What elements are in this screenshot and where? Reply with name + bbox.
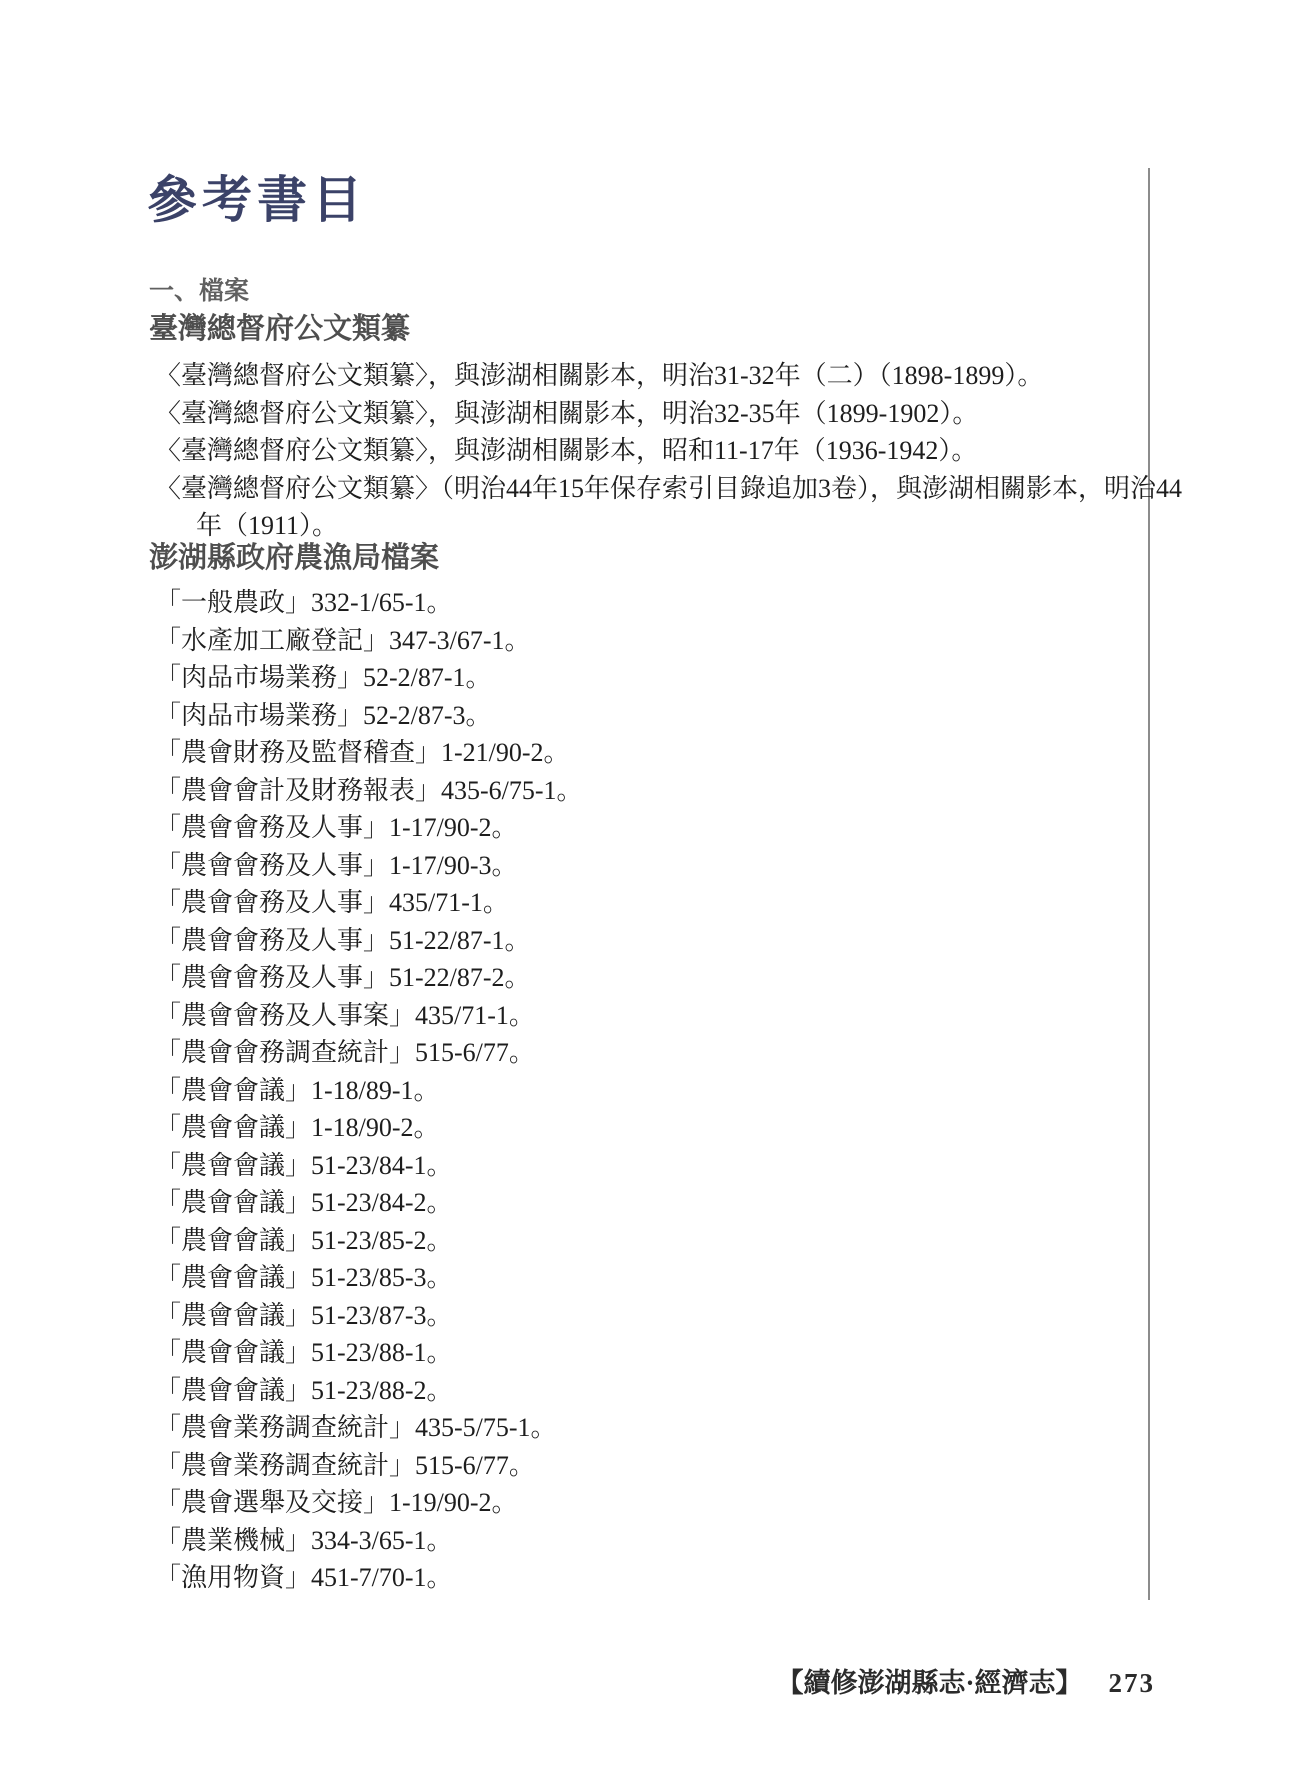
bibliography-entry: 「農會會議」1-18/90-2。 bbox=[155, 1109, 1150, 1147]
page-number: 273 bbox=[1109, 1668, 1156, 1698]
entry-line: 「農會會務及人事」51-22/87-2。 bbox=[155, 959, 1150, 997]
section-heading-archives: 一、檔案 bbox=[149, 276, 249, 306]
bibliography-entry: 「農會會務調查統計」515-6/77。 bbox=[155, 1034, 1150, 1072]
bibliography-entry: 「農會會議」51-23/84-2。 bbox=[155, 1184, 1150, 1222]
bibliography-entry: 「肉品市場業務」52-2/87-1。 bbox=[155, 659, 1150, 697]
bibliography-entry: 「農會會計及財務報表」435-6/75-1。 bbox=[155, 772, 1150, 810]
bibliography-entry: 「農業機械」334-3/65-1。 bbox=[155, 1522, 1150, 1560]
bibliography-entry: 〈臺灣總督府公文類纂〉，與澎湖相關影本，明治32-35年（1899-1902）。 bbox=[155, 395, 1150, 433]
entry-line: 「農會會議」51-23/84-1。 bbox=[155, 1147, 1150, 1185]
bibliography-entry: 「肉品市場業務」52-2/87-3。 bbox=[155, 697, 1150, 735]
entry-line: 「農會會計及財務報表」435-6/75-1。 bbox=[155, 772, 1150, 810]
entry-line: 「肉品市場業務」52-2/87-1。 bbox=[155, 659, 1150, 697]
subheading-governor-general-archives: 臺灣總督府公文類纂 bbox=[149, 312, 410, 346]
entry-line: 「農會會議」51-23/88-1。 bbox=[155, 1334, 1150, 1372]
bibliography-entry: 「農會會務及人事」1-17/90-3。 bbox=[155, 847, 1150, 885]
bibliography-entry: 「農會選舉及交接」1-19/90-2。 bbox=[155, 1484, 1150, 1522]
entry-line: 「農會會議」51-23/85-2。 bbox=[155, 1222, 1150, 1260]
entry-line: 「農會會議」51-23/85-3。 bbox=[155, 1259, 1150, 1297]
bibliography-entry: 「農會會務及人事」51-22/87-2。 bbox=[155, 959, 1150, 997]
book-page: 參考書目 一、檔案 臺灣總督府公文類纂 〈臺灣總督府公文類纂〉，與澎湖相關影本，… bbox=[0, 0, 1300, 1779]
bibliography-entry: 〈臺灣總督府公文類纂〉，與澎湖相關影本，明治31-32年（二）（1898-189… bbox=[155, 357, 1150, 395]
entry-line: 「水產加工廠登記」347-3/67-1。 bbox=[155, 622, 1150, 660]
entry-line: 「農會會務及人事」1-17/90-2。 bbox=[155, 809, 1150, 847]
entry-line: 〈臺灣總督府公文類纂〉，與澎湖相關影本，明治31-32年（二）（1898-189… bbox=[155, 357, 1150, 395]
entry-line: 〈臺灣總督府公文類纂〉（明治44年15年保存索引目錄追加3卷），與澎湖相關影本，… bbox=[155, 470, 1150, 508]
entry-line: 「農會會務及人事案」435/71-1。 bbox=[155, 997, 1150, 1035]
entry-line: 「農會選舉及交接」1-19/90-2。 bbox=[155, 1484, 1150, 1522]
bibliography-entry: 「農會會議」51-23/84-1。 bbox=[155, 1147, 1150, 1185]
entry-line: 「農會會務及人事」1-17/90-3。 bbox=[155, 847, 1150, 885]
entry-line: 「農會會議」1-18/90-2。 bbox=[155, 1109, 1150, 1147]
entry-line: 「農會會務及人事」435/71-1。 bbox=[155, 884, 1150, 922]
bibliography-entry: 「農會會務及人事案」435/71-1。 bbox=[155, 997, 1150, 1035]
bibliography-entry: 「農會會議」51-23/87-3。 bbox=[155, 1297, 1150, 1335]
entry-line: 年（1911）。 bbox=[155, 507, 1150, 545]
book-title-label: 【續修澎湖縣志·經濟志】 bbox=[776, 1668, 1082, 1698]
entry-line: 〈臺灣總督府公文類纂〉，與澎湖相關影本，昭和11-17年（1936-1942）。 bbox=[155, 432, 1150, 470]
bibliography-entry: 「一般農政」332-1/65-1。 bbox=[155, 584, 1150, 622]
entry-line: 「農會會務及人事」51-22/87-1。 bbox=[155, 922, 1150, 960]
bibliography-entry: 「農會會務及人事」51-22/87-1。 bbox=[155, 922, 1150, 960]
bibliography-entry: 「農會會議」51-23/85-2。 bbox=[155, 1222, 1150, 1260]
entry-list-governor-general-archives: 〈臺灣總督府公文類纂〉，與澎湖相關影本，明治31-32年（二）（1898-189… bbox=[155, 357, 1150, 545]
bibliography-entry: 「農會業務調查統計」435-5/75-1。 bbox=[155, 1409, 1150, 1447]
entry-line: 「漁用物資」451-7/70-1。 bbox=[155, 1559, 1150, 1597]
entry-line: 「農業機械」334-3/65-1。 bbox=[155, 1522, 1150, 1560]
entry-line: 〈臺灣總督府公文類纂〉，與澎湖相關影本，明治32-35年（1899-1902）。 bbox=[155, 395, 1150, 433]
entry-line: 「一般農政」332-1/65-1。 bbox=[155, 584, 1150, 622]
page-footer: 【續修澎湖縣志·經濟志】273 bbox=[776, 1666, 1155, 1700]
bibliography-entry: 〈臺灣總督府公文類纂〉，與澎湖相關影本，昭和11-17年（1936-1942）。 bbox=[155, 432, 1150, 470]
bibliography-entry: 「水產加工廠登記」347-3/67-1。 bbox=[155, 622, 1150, 660]
bibliography-entry: 「漁用物資」451-7/70-1。 bbox=[155, 1559, 1150, 1597]
bibliography-entry: 「農會會務及人事」435/71-1。 bbox=[155, 884, 1150, 922]
entry-line: 「農會財務及監督稽查」1-21/90-2。 bbox=[155, 734, 1150, 772]
entry-line: 「農會會議」51-23/87-3。 bbox=[155, 1297, 1150, 1335]
entry-list-penghu-agri-fishery-bureau-archives: 「一般農政」332-1/65-1。 「水產加工廠登記」347-3/67-1。 「… bbox=[155, 584, 1150, 1597]
bibliography-entry: 「農會會議」1-18/89-1。 bbox=[155, 1072, 1150, 1110]
entry-line: 「農會業務調查統計」435-5/75-1。 bbox=[155, 1409, 1150, 1447]
entry-line: 「農會會議」1-18/89-1。 bbox=[155, 1072, 1150, 1110]
entry-line: 「農會會議」51-23/88-2。 bbox=[155, 1372, 1150, 1410]
bibliography-entry: 「農會財務及監督稽查」1-21/90-2。 bbox=[155, 734, 1150, 772]
entry-line: 「農會會務調查統計」515-6/77。 bbox=[155, 1034, 1150, 1072]
subheading-penghu-agri-fishery-bureau-archives: 澎湖縣政府農漁局檔案 bbox=[149, 541, 439, 575]
entry-line: 「肉品市場業務」52-2/87-3。 bbox=[155, 697, 1150, 735]
bibliography-entry: 「農會會務及人事」1-17/90-2。 bbox=[155, 809, 1150, 847]
page-title: 參考書目 bbox=[147, 172, 367, 230]
entry-line: 「農會會議」51-23/84-2。 bbox=[155, 1184, 1150, 1222]
bibliography-entry: 「農會會議」51-23/88-2。 bbox=[155, 1372, 1150, 1410]
bibliography-entry: 〈臺灣總督府公文類纂〉（明治44年15年保存索引目錄追加3卷），與澎湖相關影本，… bbox=[155, 470, 1150, 545]
entry-line: 「農會業務調查統計」515-6/77。 bbox=[155, 1447, 1150, 1485]
bibliography-entry: 「農會會議」51-23/85-3。 bbox=[155, 1259, 1150, 1297]
bibliography-entry: 「農會會議」51-23/88-1。 bbox=[155, 1334, 1150, 1372]
bibliography-entry: 「農會業務調查統計」515-6/77。 bbox=[155, 1447, 1150, 1485]
